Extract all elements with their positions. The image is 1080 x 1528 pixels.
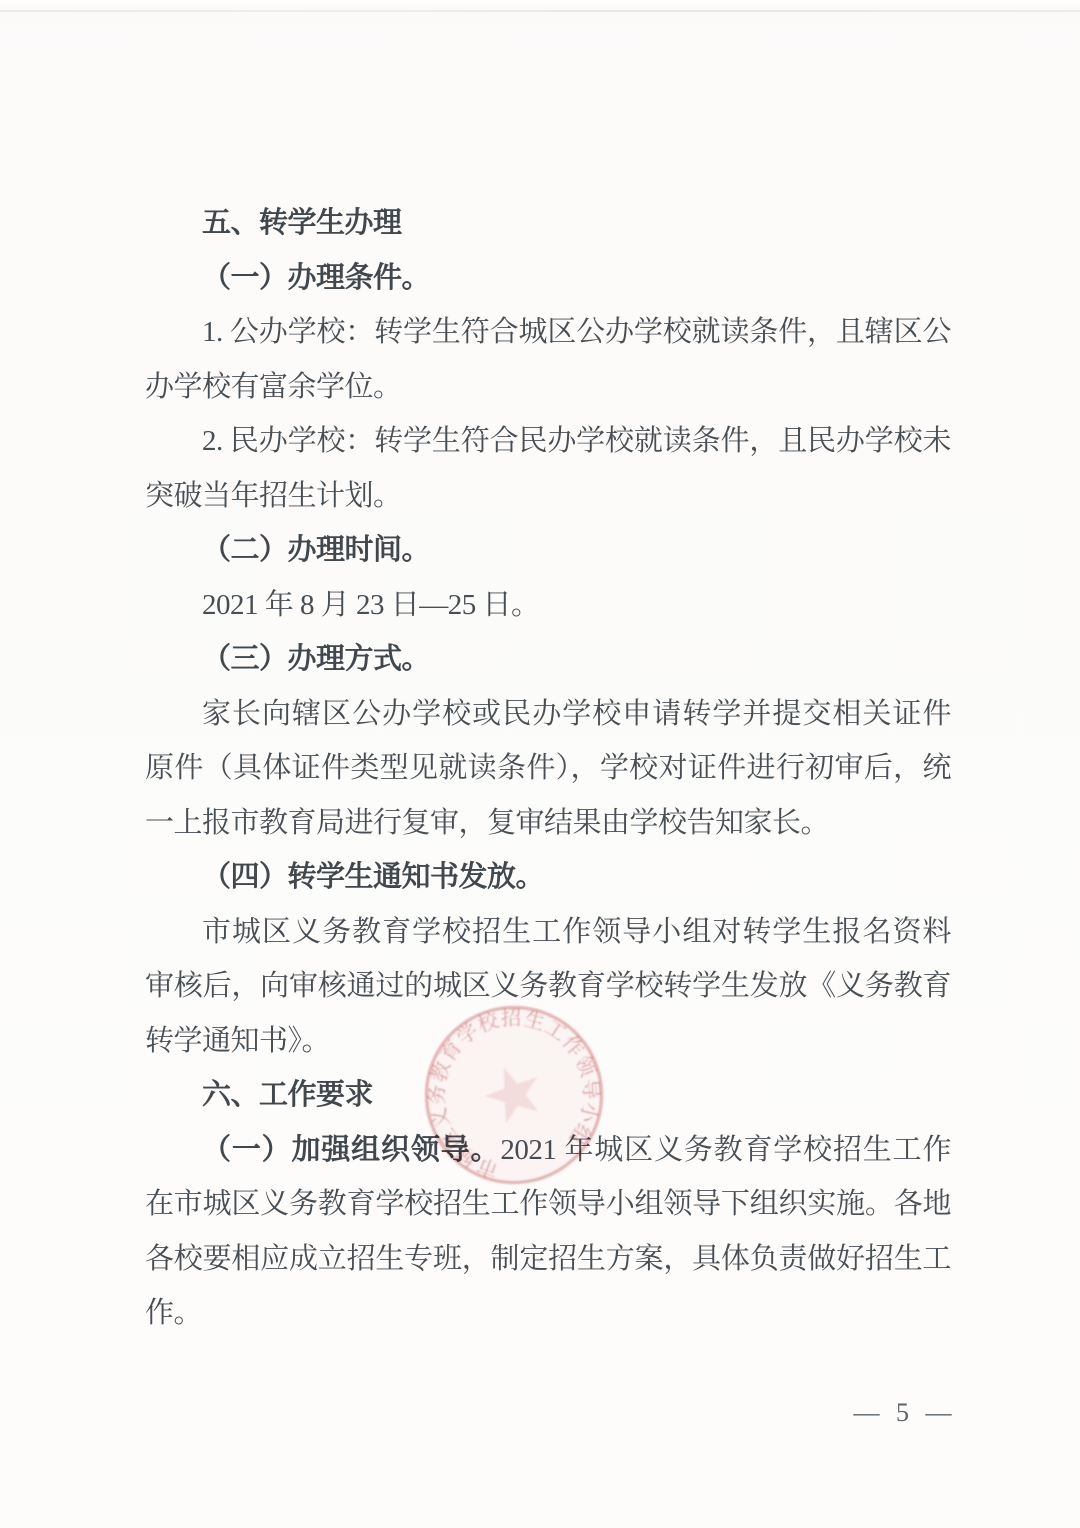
body-text: 作。 xyxy=(145,1297,202,1329)
body-text: 市城区义务教育学校招生工作领导小组对转学生报名资料 xyxy=(202,916,951,948)
heading-text: （一）办理条件。 xyxy=(202,262,430,294)
body-text: 各校要相应成立招生专班，制定招生方案，具体负责做好招生工 xyxy=(145,1243,951,1275)
text-line: 办学校有富余学位。 xyxy=(145,360,951,415)
text-line: 六、工作要求 xyxy=(145,1068,951,1123)
heading-text: （一）加强组织领导。 xyxy=(202,1134,500,1166)
text-line: （二）办理时间。 xyxy=(145,523,951,578)
body-text: 突破当年招生计划。 xyxy=(145,480,402,512)
body-text: 2021 年城区义务教育学校招生工作 xyxy=(500,1134,951,1166)
text-line: 突破当年招生计划。 xyxy=(145,469,951,524)
body-text: 在市城区义务教育学校招生工作领导小组领导下组织实施。各地 xyxy=(145,1188,951,1220)
page-number: — 5 — xyxy=(830,1398,980,1428)
body-text: 原件（具体证件类型见就读条件），学校对证件进行初审后，统 xyxy=(145,752,951,784)
body-text: 家长向辖区公办学校或民办学校申请转学并提交相关证件 xyxy=(202,698,951,730)
body-text: 2. 民办学校：转学生符合民办学校就读条件，且民办学校未 xyxy=(202,425,951,457)
text-line: 作。 xyxy=(145,1286,951,1341)
text-line: 1. 公办学校：转学生符合城区公办学校就读条件，且辖区公 xyxy=(145,305,951,360)
heading-text: （四）转学生通知书发放。 xyxy=(202,861,544,893)
text-line: （四）转学生通知书发放。 xyxy=(145,850,951,905)
document-text-block: 五、转学生办理（一）办理条件。1. 公办学校：转学生符合城区公办学校就读条件，且… xyxy=(145,196,951,1341)
heading-text: （二）办理时间。 xyxy=(202,534,430,566)
text-line: 在市城区义务教育学校招生工作领导小组领导下组织实施。各地 xyxy=(145,1177,951,1232)
text-line: 2. 民办学校：转学生符合民办学校就读条件，且民办学校未 xyxy=(145,414,951,469)
body-text: 1. 公办学校：转学生符合城区公办学校就读条件，且辖区公 xyxy=(202,316,951,348)
document-page: 五、转学生办理（一）办理条件。1. 公办学校：转学生符合城区公办学校就读条件，且… xyxy=(0,0,1080,1528)
body-text: 一上报市教育局进行复审，复审结果由学校告知家长。 xyxy=(145,807,829,839)
text-line: 原件（具体证件类型见就读条件），学校对证件进行初审后，统 xyxy=(145,741,951,796)
text-line: 五、转学生办理 xyxy=(145,196,951,251)
heading-text: 六、工作要求 xyxy=(202,1079,373,1111)
text-line: 一上报市教育局进行复审，复审结果由学校告知家长。 xyxy=(145,796,951,851)
scan-edge-artifact xyxy=(0,10,1080,12)
body-text: 转学通知书》。 xyxy=(145,1025,330,1057)
heading-text: （三）办理方式。 xyxy=(202,643,430,675)
text-line: 转学通知书》。 xyxy=(145,1014,951,1069)
text-line: 家长向辖区公办学校或民办学校申请转学并提交相关证件 xyxy=(145,687,951,742)
text-line: （一）办理条件。 xyxy=(145,251,951,306)
text-line: （一）加强组织领导。2021 年城区义务教育学校招生工作 xyxy=(145,1123,951,1178)
text-line: 2021 年 8 月 23 日—25 日。 xyxy=(145,578,951,633)
heading-text: 五、转学生办理 xyxy=(202,207,402,239)
body-text: 审核后，向审核通过的城区义务教育学校转学生发放《义务教育 xyxy=(145,970,951,1002)
text-line: 各校要相应成立招生专班，制定招生方案，具体负责做好招生工 xyxy=(145,1232,951,1287)
body-text: 2021 年 8 月 23 日—25 日。 xyxy=(202,589,540,621)
body-text: 办学校有富余学位。 xyxy=(145,371,402,403)
text-line: （三）办理方式。 xyxy=(145,632,951,687)
text-line: 市城区义务教育学校招生工作领导小组对转学生报名资料 xyxy=(145,905,951,960)
text-line: 审核后，向审核通过的城区义务教育学校转学生发放《义务教育 xyxy=(145,959,951,1014)
